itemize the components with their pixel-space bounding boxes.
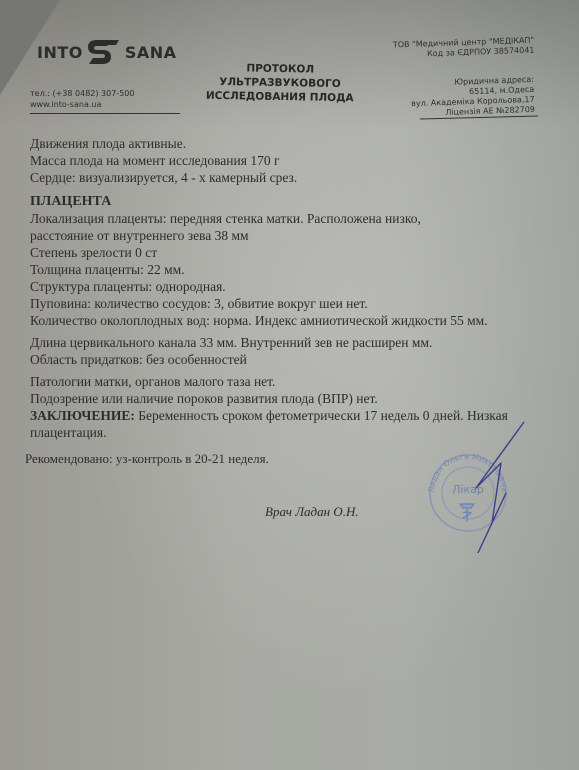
- amniotic-fluid: Количество околоплодных вод: норма. Инде…: [30, 312, 570, 329]
- heart-status: Сердце: визуализируется, 4 - х камерный …: [30, 169, 570, 186]
- clinic-logo: INTO SANA: [37, 38, 177, 66]
- doctor-name: Врач Ладан О.Н.: [265, 504, 359, 520]
- legal-address: Юридична адреса: 65114, м.Одеса вул. Ака…: [410, 75, 535, 119]
- caduceus-icon: [460, 504, 474, 522]
- adnexa: Область придатков: без особенностей: [30, 351, 570, 368]
- logo-text-right: SANA: [125, 43, 177, 62]
- website-text: www.into-sana.ua: [30, 99, 134, 110]
- pelvic-pathology: Патологии матки, органов малого таза нет…: [30, 373, 570, 390]
- protocol-body: Движения плода активные. Масса плода на …: [30, 135, 570, 441]
- placenta-distance: расстояние от внутреннего зева 38 мм: [30, 227, 570, 244]
- logo-text-left: INTO: [37, 43, 83, 62]
- umbilical-cord: Пуповина: количество сосудов: 3, обвитие…: [30, 295, 570, 312]
- recommendation: Рекомендовано: уз-контроль в 20-21 недел…: [25, 451, 269, 467]
- document-page: INTO SANA тел.: (+38 0482) 307-500 www.i…: [0, 0, 579, 770]
- cervical-length: Длина цервикального канала 33 мм. Внутре…: [30, 334, 570, 351]
- header-divider-left: [30, 113, 180, 114]
- conclusion-label: ЗАКЛЮЧЕНИЕ:: [30, 408, 135, 423]
- placenta-thickness: Толщина плаценты: 22 мм.: [30, 261, 570, 278]
- placenta-maturity: Степень зрелости 0 ст: [30, 244, 570, 261]
- malformations: Подозрение или наличие пороков развития …: [30, 390, 570, 407]
- clinic-contacts: тел.: (+38 0482) 307-500 www.into-sana.u…: [30, 88, 134, 110]
- phone-text: тел.: (+38 0482) 307-500: [30, 88, 134, 99]
- fetal-movement: Движения плода активные.: [30, 135, 570, 152]
- fetal-weight: Масса плода на момент исследования 170 г: [30, 152, 570, 169]
- double-s-logo-icon: [87, 38, 121, 66]
- placenta-heading: ПЛАЦЕНТА: [30, 193, 570, 210]
- placenta-structure: Структура плаценты: однородная.: [30, 278, 570, 295]
- doctor-stamp-and-signature: Ладан Ольга Миколаївна Лікар: [416, 418, 526, 558]
- document-title: ПРОТОКОЛ УЛЬТРАЗВУКОВОГО ИССЛЕДОВАНИЯ ПЛ…: [185, 60, 376, 105]
- placenta-location: Локализация плаценты: передняя стенка ма…: [30, 210, 570, 227]
